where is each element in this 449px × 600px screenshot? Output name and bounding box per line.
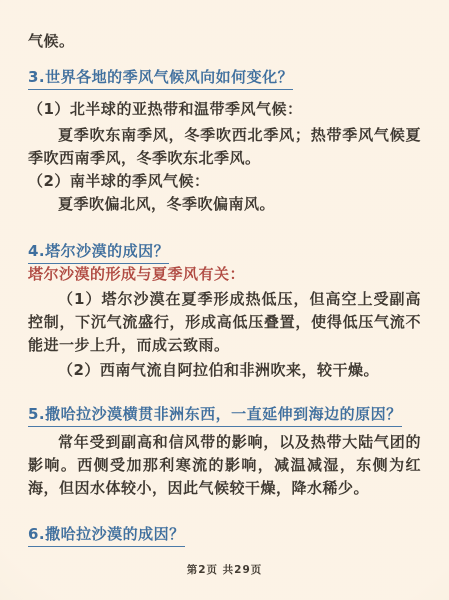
- q3-item-1-answer: 夏季吹东南季风，冬季吹西北季风；热带季风气候夏季吹西南季风，冬季吹东北季风。: [28, 124, 421, 170]
- page-content: 气候。 3.世界各地的季风气候风向如何变化？ （1）北半球的亚热带和温带季风气候…: [0, 0, 449, 546]
- q5-answer: 常年受到副高和信风带的影响，以及热带大陆气团的影响。西侧受加那利寒流的影响，减温…: [28, 431, 421, 500]
- question-3-heading: 3.世界各地的季风气候风向如何变化？: [28, 66, 421, 89]
- document-page: 气候。 3.世界各地的季风气候风向如何变化？ （1）北半球的亚热带和温带季风气候…: [0, 0, 449, 600]
- q3-item-2-label: （2）南半球的季风气候：: [28, 170, 421, 193]
- question-4-heading: 4.塔尔沙漠的成因？: [28, 240, 421, 263]
- question-3-heading-text: 3.世界各地的季风气候风向如何变化？: [28, 68, 293, 90]
- continuation-text: 气候。: [28, 30, 421, 53]
- q4-item-2: （2）西南气流自阿拉伯和非洲吹来，较干燥。: [28, 359, 421, 382]
- question-6-heading: 6.撒哈拉沙漠的成因？: [28, 523, 421, 546]
- question-5-heading: 5.撒哈拉沙漠横贯非洲东西，一直延伸到海边的原因？: [28, 403, 421, 426]
- q4-emphasis-line: 塔尔沙漠的形成与夏季风有关：: [28, 263, 421, 286]
- q3-item-2-answer: 夏季吹偏北风，冬季吹偏南风。: [28, 193, 421, 216]
- q4-item-1: （1）塔尔沙漠在夏季形成热低压，但高空上受副高控制，下沉气流盛行，形成高低压叠置…: [28, 288, 421, 357]
- question-5-heading-text: 5.撒哈拉沙漠横贯非洲东西，一直延伸到海边的原因？: [28, 405, 402, 427]
- q3-item-1-label: （1）北半球的亚热带和温带季风气候：: [28, 98, 421, 121]
- question-4-heading-text: 4.塔尔沙漠的成因？: [28, 242, 169, 264]
- question-6-heading-text: 6.撒哈拉沙漠的成因？: [28, 525, 185, 547]
- page-number: 第2页 共29页: [0, 562, 449, 577]
